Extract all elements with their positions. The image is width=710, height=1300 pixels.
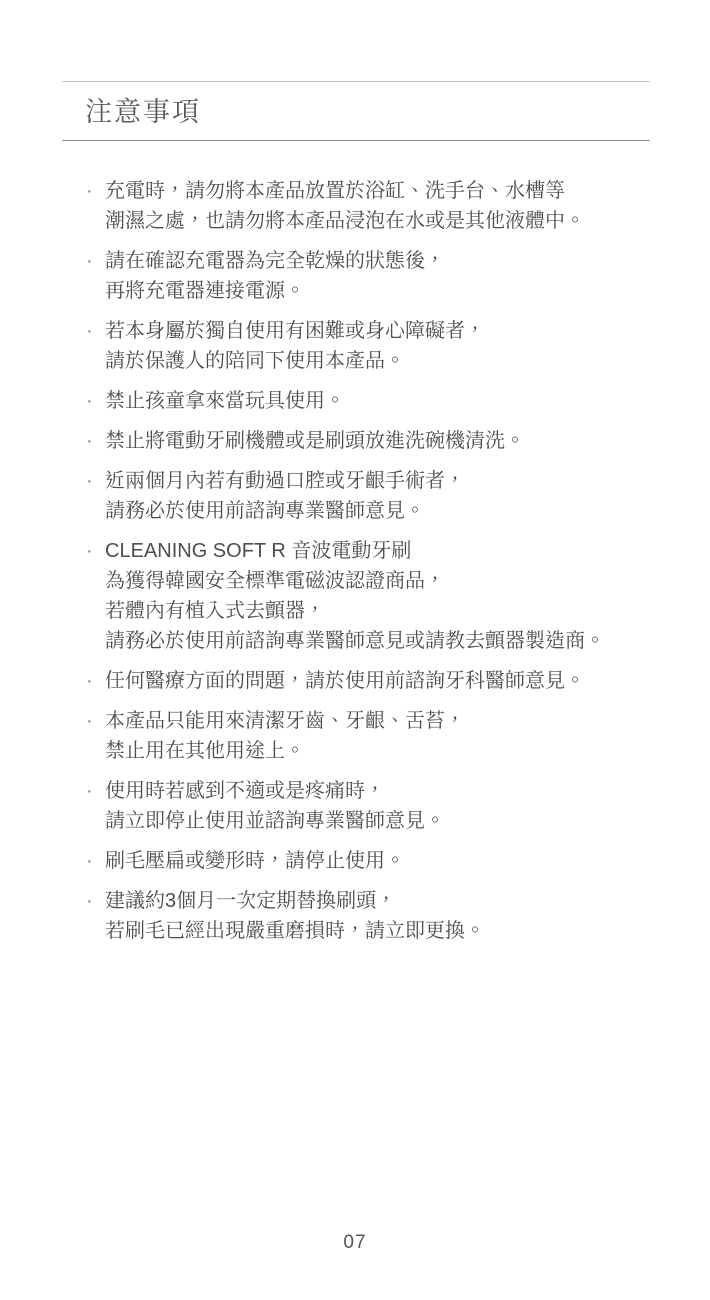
page-content: 注意事項 · 充電時，請勿將本產品放置於浴缸、洗手台、水槽等 潮濕之處，也請勿將… xyxy=(62,0,650,956)
precaution-text: 近兩個月內若有動過口腔或牙齦手術者， 請務必於使用前諮詢專業醫師意見。 xyxy=(105,470,465,522)
precaution-list: · 充電時，請勿將本產品放置於浴缸、洗手台、水槽等 潮濕之處，也請勿將本產品浸泡… xyxy=(62,176,650,946)
bullet-icon: · xyxy=(86,886,98,916)
precaution-text: 請在確認充電器為完全乾燥的狀態後， 再將充電器連接電源。 xyxy=(105,250,445,302)
bullet-icon: · xyxy=(86,666,98,696)
bullet-icon: · xyxy=(86,426,98,456)
precaution-text: 建議約3個月一次定期替換刷頭， 若刷毛已經出現嚴重磨損時，請立即更換。 xyxy=(105,890,485,942)
precaution-item: · 禁止將電動牙刷機體或是刷頭放進洗碗機清洗。 xyxy=(62,426,650,456)
page-number: 07 xyxy=(0,1232,710,1254)
bullet-icon: · xyxy=(86,386,98,416)
precaution-item: · 請在確認充電器為完全乾燥的狀態後， 再將充電器連接電源。 xyxy=(62,246,650,306)
precaution-text: 充電時，請勿將本產品放置於浴缸、洗手台、水槽等 潮濕之處，也請勿將本產品浸泡在水… xyxy=(105,180,585,232)
precaution-text: 若本身屬於獨自使用有困難或身心障礙者， 請於保護人的陪同下使用本產品。 xyxy=(105,320,485,372)
precaution-item: · 近兩個月內若有動過口腔或牙齦手術者， 請務必於使用前諮詢專業醫師意見。 xyxy=(62,466,650,526)
precaution-item: · 若本身屬於獨自使用有困難或身心障礙者， 請於保護人的陪同下使用本產品。 xyxy=(62,316,650,376)
bullet-icon: · xyxy=(86,706,98,736)
precaution-item: · 任何醫療方面的問題，請於使用前諮詢牙科醫師意見。 xyxy=(62,666,650,696)
precaution-text: 禁止將電動牙刷機體或是刷頭放進洗碗機清洗。 xyxy=(105,430,525,452)
bullet-icon: · xyxy=(86,316,98,346)
bullet-icon: · xyxy=(86,846,98,876)
bullet-icon: · xyxy=(86,536,98,566)
precaution-text: 禁止孩童拿來當玩具使用。 xyxy=(105,390,345,412)
precaution-text: 刷毛壓扁或變形時，請停止使用。 xyxy=(105,850,405,872)
precaution-text: 使用時若感到不適或是疼痛時， 請立即停止使用並諮詢專業醫師意見。 xyxy=(105,780,445,832)
precaution-item: · 充電時，請勿將本產品放置於浴缸、洗手台、水槽等 潮濕之處，也請勿將本產品浸泡… xyxy=(62,176,650,236)
precaution-item: · 使用時若感到不適或是疼痛時， 請立即停止使用並諮詢專業醫師意見。 xyxy=(62,776,650,836)
bullet-icon: · xyxy=(86,776,98,806)
manual-page: 注意事項 · 充電時，請勿將本產品放置於浴缸、洗手台、水槽等 潮濕之處，也請勿將… xyxy=(0,0,710,1300)
precaution-item: · 本產品只能用來清潔牙齒、牙齦、舌苔， 禁止用在其他用途上。 xyxy=(62,706,650,766)
page-title: 注意事項 xyxy=(62,82,650,140)
precaution-item: · 刷毛壓扁或變形時，請停止使用。 xyxy=(62,846,650,876)
precaution-item: · CLEANING SOFT R 音波電動牙刷 為獲得韓國安全標準電磁波認證商… xyxy=(62,536,650,656)
title-bottom-rule xyxy=(62,140,650,141)
precaution-item: · 建議約3個月一次定期替換刷頭， 若刷毛已經出現嚴重磨損時，請立即更換。 xyxy=(62,886,650,946)
bullet-icon: · xyxy=(86,176,98,206)
bullet-icon: · xyxy=(86,246,98,276)
precaution-text: 本產品只能用來清潔牙齒、牙齦、舌苔， 禁止用在其他用途上。 xyxy=(105,710,465,762)
precaution-text: 任何醫療方面的問題，請於使用前諮詢牙科醫師意見。 xyxy=(105,670,585,692)
bullet-icon: · xyxy=(86,466,98,496)
precaution-text: CLEANING SOFT R 音波電動牙刷 為獲得韓國安全標準電磁波認證商品，… xyxy=(105,540,605,652)
precaution-item: · 禁止孩童拿來當玩具使用。 xyxy=(62,386,650,416)
